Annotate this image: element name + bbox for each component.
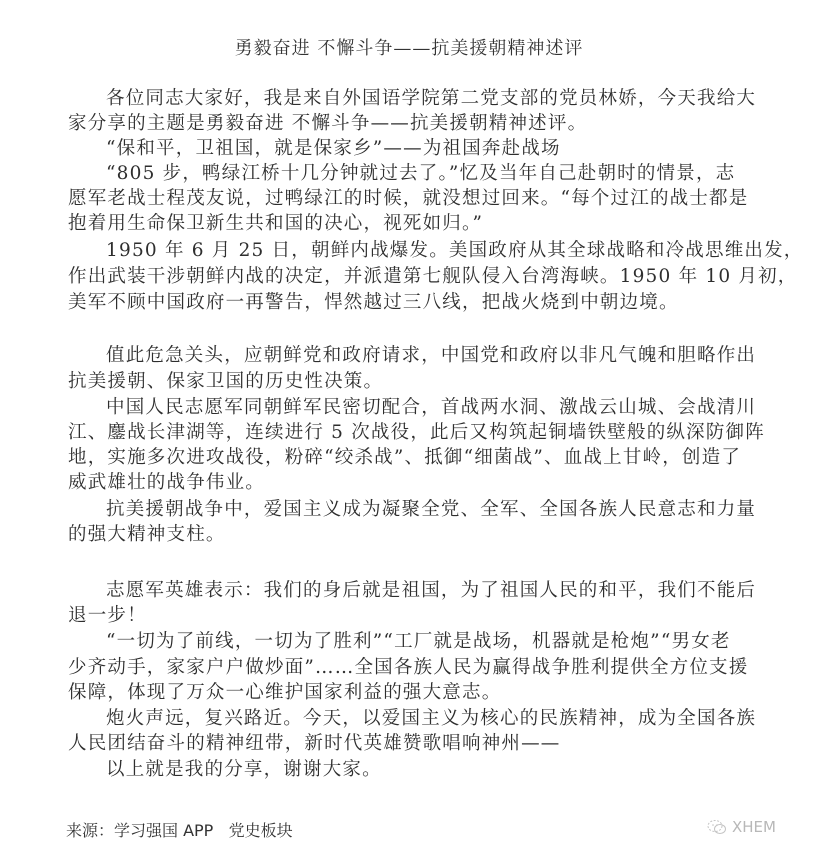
- body-line: 美军不顾中国政府一再警告，悍然越过三八线，把战火烧到中朝边境。: [68, 290, 758, 315]
- body-line: 抗美援朝战争中，爱国主义成为凝聚全党、全军、全国各族人民意志和力量: [106, 497, 758, 522]
- body-line: 家分享的主题是勇毅奋进 不懈斗争——抗美援朝精神述评。: [68, 111, 758, 136]
- body-line: 威武雄壮的战争伟业。: [68, 470, 758, 495]
- body-line: 以上就是我的分享，谢谢大家。: [106, 757, 758, 782]
- body-line: “保和平，卫祖国，就是保家乡”——为祖国奔赴战场: [106, 136, 758, 161]
- watermark-text: XHEM: [732, 818, 776, 836]
- body-line: 的强大精神支柱。: [68, 522, 758, 547]
- body-line: “一切为了前线，一切为了胜利”“工厂就是战场，机器就是枪炮”“男女老: [106, 629, 758, 654]
- body-line: 炮火声远，复兴路近。今天，以爱国主义为核心的民族精神，成为全国各族: [106, 706, 758, 731]
- body-line: 作出武装干涉朝鲜内战的决定，并派遣第七舰队侵入台湾海峡。1950 年 10 月初…: [68, 264, 758, 289]
- body-line: 志愿军英雄表示：我们的身后就是祖国，为了祖国人民的和平，我们不能后: [106, 578, 758, 603]
- body-line: 抗美援朝、保家卫国的历史性决策。: [68, 369, 758, 394]
- body-line: 人民团结奋斗的精神纽带，新时代英雄赞歌唱响神州——: [68, 731, 758, 756]
- document-title: 勇毅奋进 不懈斗争——抗美援朝精神述评: [0, 34, 818, 60]
- body-line: 值此危急关头，应朝鲜党和政府请求，中国党和政府以非凡气魄和胆略作出: [106, 343, 758, 368]
- body-line: 退一步！: [68, 603, 758, 628]
- body-line: “805 步，鸭绿江桥十几分钟就过去了。”忆及当年自己赴朝时的情景，志: [106, 161, 758, 186]
- body-line: 各位同志大家好，我是来自外国语学院第二党支部的党员林娇，今天我给大: [106, 86, 758, 111]
- body-line: 抱着用生命保卫新生共和国的决心，视死如归。”: [68, 211, 758, 236]
- body-line: 地，实施多次进攻战役，粉碎“绞杀战”、抵御“细菌战”、血战上甘岭，创造了: [68, 445, 758, 470]
- wechat-icon: [706, 818, 728, 836]
- body-line: 中国人民志愿军同朝鲜军民密切配合，首战两水洞、激战云山城、会战清川: [106, 395, 758, 420]
- body-line: 江、鏖战长津湖等，连续进行 5 次战役，此后又构筑起铜墙铁壁般的纵深防御阵: [68, 420, 758, 445]
- body-line: 1950 年 6 月 25 日，朝鲜内战爆发。美国政府从其全球战略和冷战思维出发…: [106, 238, 758, 263]
- body-line: 少齐动手，家家户户做炒面”……全国各族人民为赢得战争胜利提供全方位支援: [68, 655, 758, 680]
- body-line: 保障，体现了万众一心维护国家利益的强大意志。: [68, 680, 758, 705]
- body-line: 愿军老战士程茂友说，过鸭绿江的时候，就没想过回来。“每个过江的战士都是: [68, 186, 758, 211]
- watermark: XHEM: [706, 818, 776, 836]
- source-credit: 来源：学习强国 APP 党史板块: [66, 818, 293, 841]
